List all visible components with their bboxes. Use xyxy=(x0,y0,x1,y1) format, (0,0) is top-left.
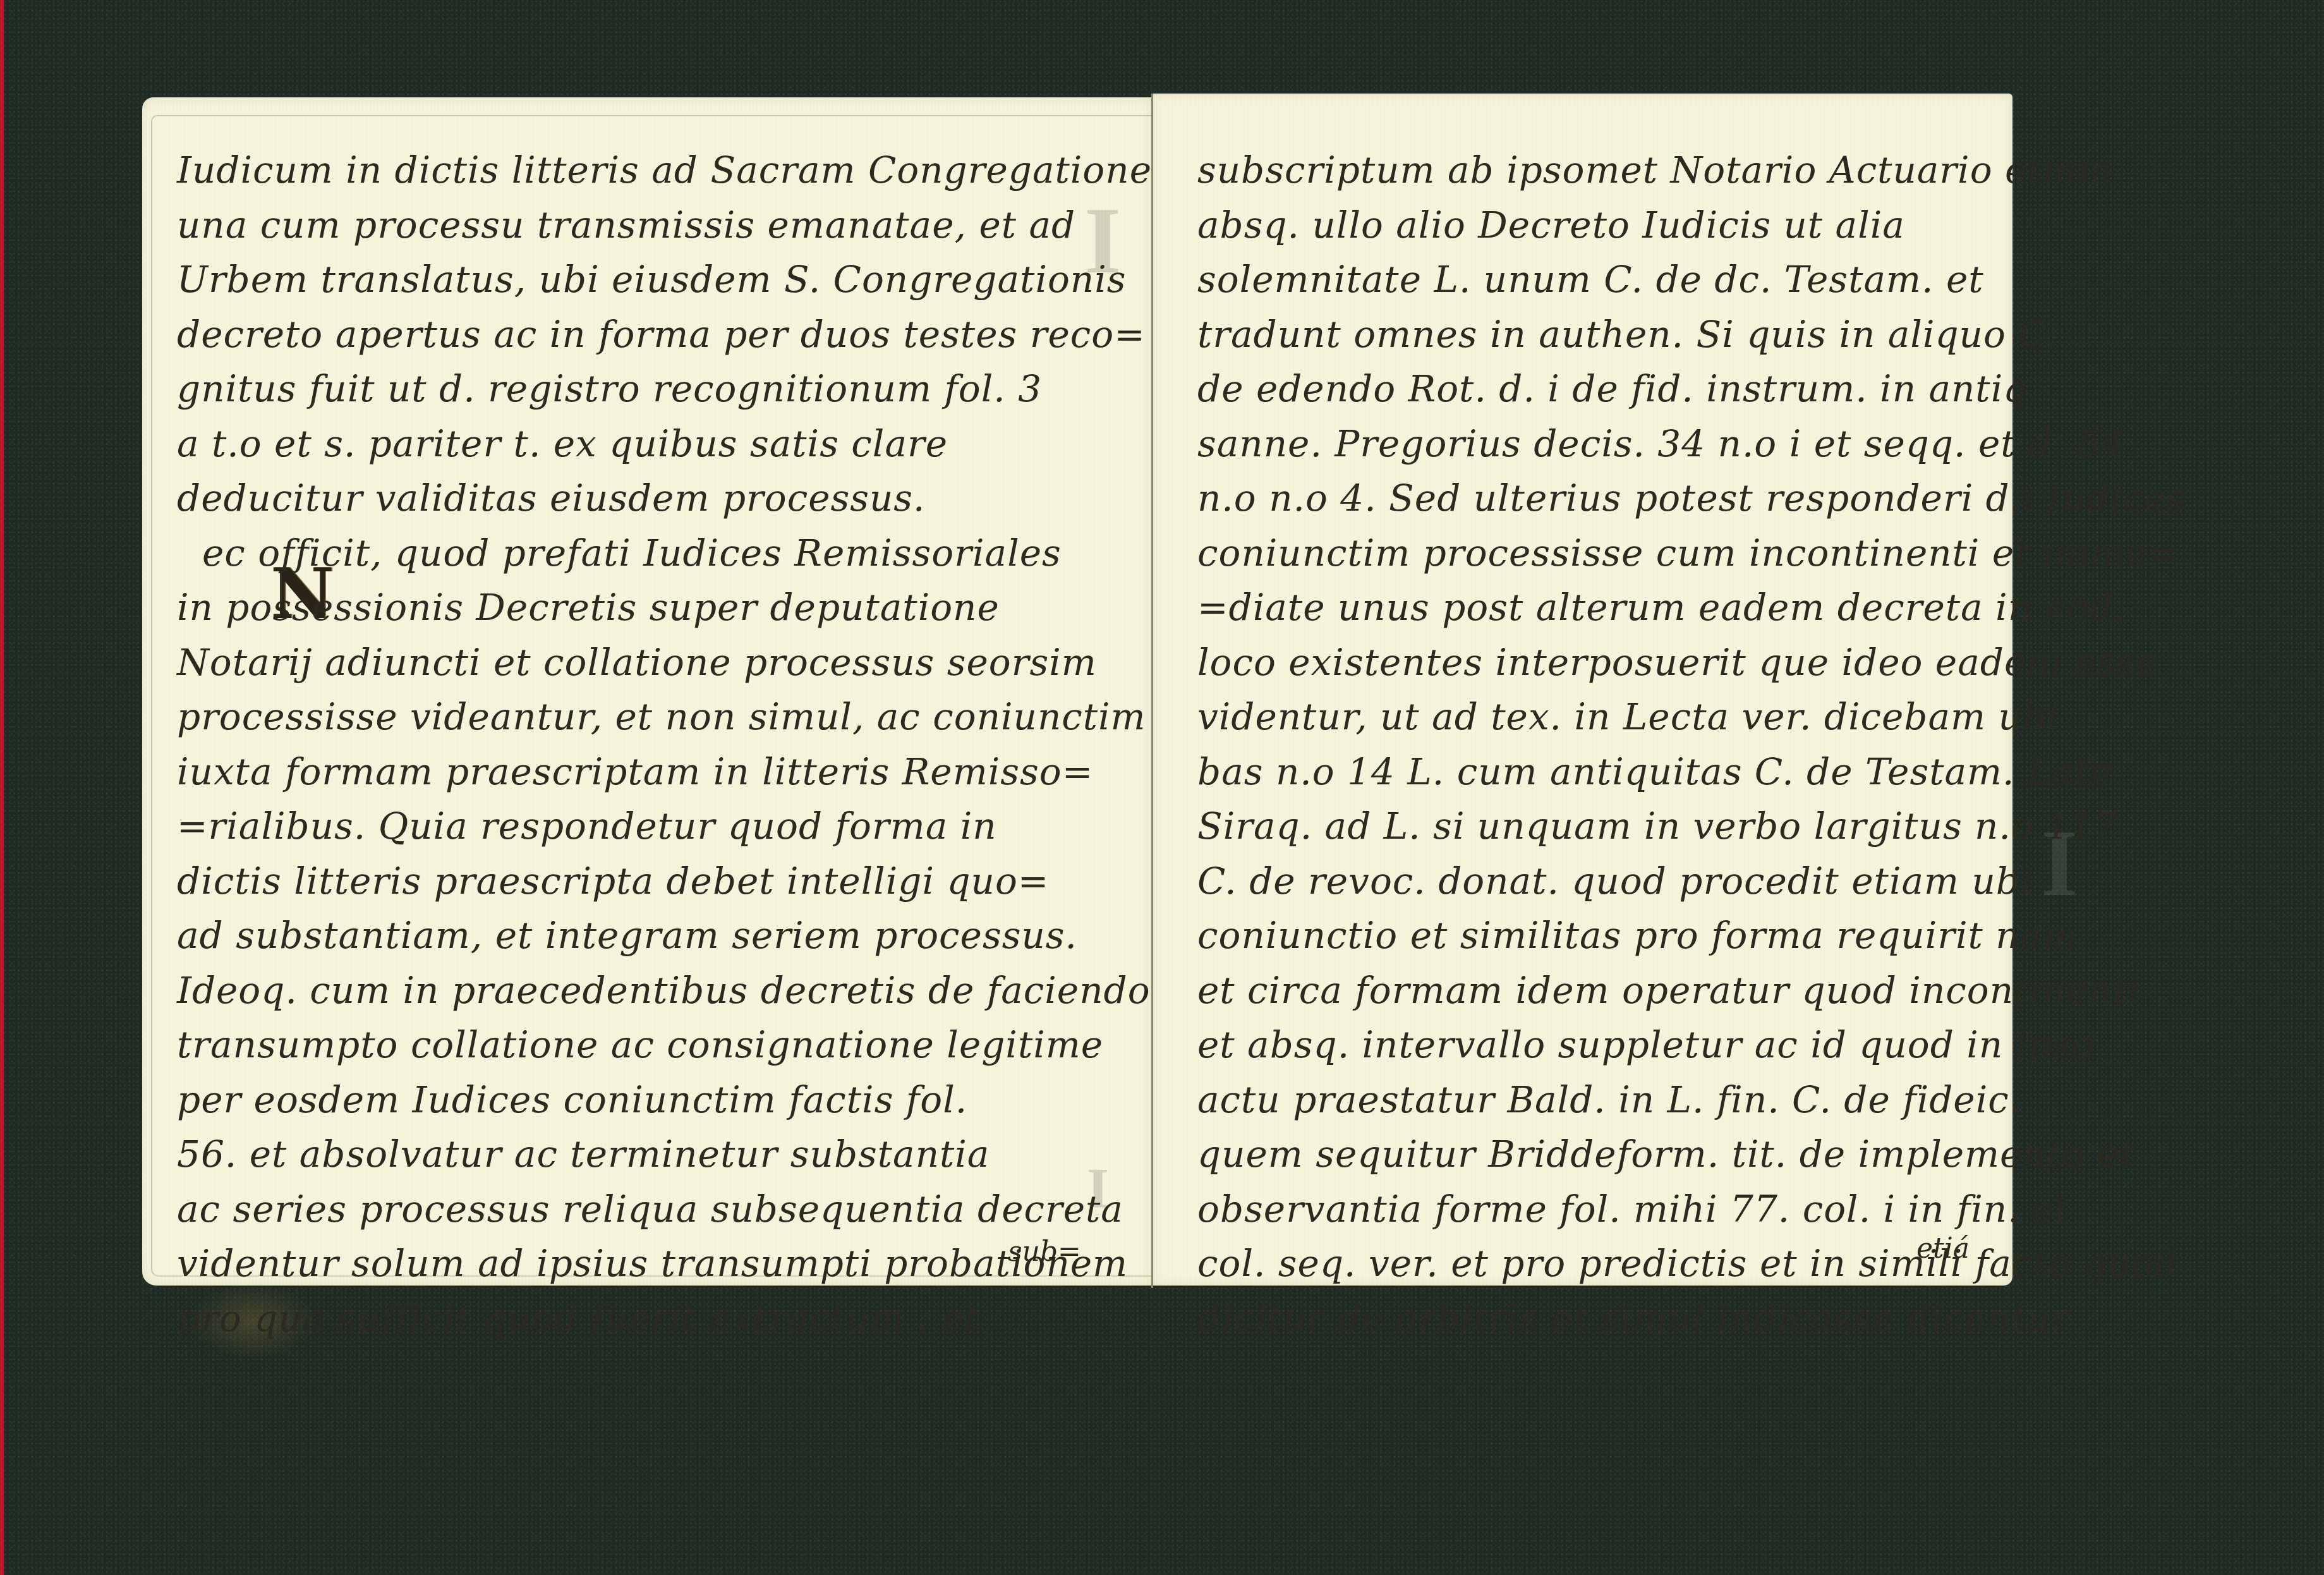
text-line: loco existentes interposuerit que ideo e… xyxy=(1197,635,2186,690)
text-line: de edendo Rot. d. i de fid. instrum. in … xyxy=(1197,362,2186,417)
text-line: Siraq. ad L. si unquam in verbo largitus… xyxy=(1197,799,2186,854)
text-line: absq. ullo alio Decreto Iudicis ut alia xyxy=(1197,198,2186,253)
text-line: C. de revoc. donat. quod procedit etiam … xyxy=(1197,854,2186,909)
text-line: bas n.o 14 L. cum antiquitas C. de Testa… xyxy=(1197,745,2186,800)
text-line: processisse videantur, et non simul, ac … xyxy=(177,690,1152,745)
text-line: coniunctim processisse cum incontinenti … xyxy=(1197,526,2186,581)
text-line: gnitus fuit ut d. registro recognitionum… xyxy=(177,362,1152,417)
text-line: sanne. Pregorius decis. 34 n.o i et seqq… xyxy=(1197,417,2186,471)
left-page-text: Iudicum in dictis litteris ad Sacram Con… xyxy=(177,143,1152,1346)
text-line: dictis litteris praescripta debet intell… xyxy=(177,854,1152,909)
text-line: per eosdem Iudices coniunctim factis fol… xyxy=(177,1073,1152,1128)
text-line: et circa formam idem operatur quod incon… xyxy=(1197,963,2186,1018)
text-line: videntur, ut ad tex. in Lecta ver. diceb… xyxy=(1197,690,2186,745)
text-line: iuxta formam praescriptam in litteris Re… xyxy=(177,745,1152,800)
text-line: =rialibus. Quia respondetur quod forma i… xyxy=(177,799,1152,854)
text-line: col. seq. ver. et pro predictis et in si… xyxy=(1197,1236,2186,1291)
text-line: quem sequitur Briddeform. tit. de implem… xyxy=(1197,1127,2186,1182)
text-line: n.o n.o 4. Sed ulterius potest responder… xyxy=(1197,471,2186,526)
text-line: una cum processu transmissis emanatae, e… xyxy=(177,198,1152,253)
text-line: ad substantiam, et integram seriem proce… xyxy=(177,908,1152,963)
text-line: ec officit, quod prefati Iudices Remisso… xyxy=(177,526,1152,581)
catchword-right: etiá xyxy=(1916,1232,1970,1265)
text-line: Ideoq. cum in praecedentibus decretis de… xyxy=(177,963,1152,1018)
text-line: deducitur validitas eiusdem processus. xyxy=(177,471,1152,526)
text-line: tradunt omnes in authen. Si quis in aliq… xyxy=(1197,307,2186,362)
text-line: subscriptum ab ipsomet Notario Actuario … xyxy=(1197,143,2186,198)
text-line: dicitur de arbitris et simul indicasse d… xyxy=(1197,1291,2186,1346)
text-line: actu praestatur Bald. in L. fin. C. de f… xyxy=(1197,1073,2186,1128)
text-line: pro qua sufficit quod fuerit extractum ,… xyxy=(177,1291,1152,1346)
text-line: decreto apertus ac in forma per duos tes… xyxy=(177,307,1152,362)
text-line: Urbem translatus, ubi eiusdem S. Congreg… xyxy=(177,252,1152,307)
text-line: transumpto collatione ac consignatione l… xyxy=(177,1018,1152,1073)
text-line: et absq. intervallo suppletur ac id quod… xyxy=(1197,1018,2186,1073)
catchword-left: sub= xyxy=(1008,1236,1081,1268)
text-line: a t.o et s. pariter t. ex quibus satis c… xyxy=(177,417,1152,471)
text-line: solemnitate L. unum C. de dc. Testam. et xyxy=(1197,252,2186,307)
text-line: observantia forme fol. mihi 77. col. i i… xyxy=(1197,1182,2186,1237)
text-line: in possessionis Decretis super deputatio… xyxy=(177,580,1152,635)
text-line: 56. et absolvatur ac terminetur substant… xyxy=(177,1127,1152,1182)
scan-edge-strip xyxy=(0,0,4,1575)
text-line: =diate unus post alterum eadem decreta i… xyxy=(1197,580,2186,635)
text-line: Iudicum in dictis litteris ad Sacram Con… xyxy=(177,143,1152,198)
text-line: Notarij adiuncti et collatione processus… xyxy=(177,635,1152,690)
text-line: videntur solum ad ipsius transumpti prob… xyxy=(177,1236,1152,1291)
text-line: coniunctio et similitas pro forma requir… xyxy=(1197,908,2186,963)
right-page-text: subscriptum ab ipsomet Notario Actuario … xyxy=(1197,143,2186,1346)
text-line: ac series processus reliqua subsequentia… xyxy=(177,1182,1152,1237)
